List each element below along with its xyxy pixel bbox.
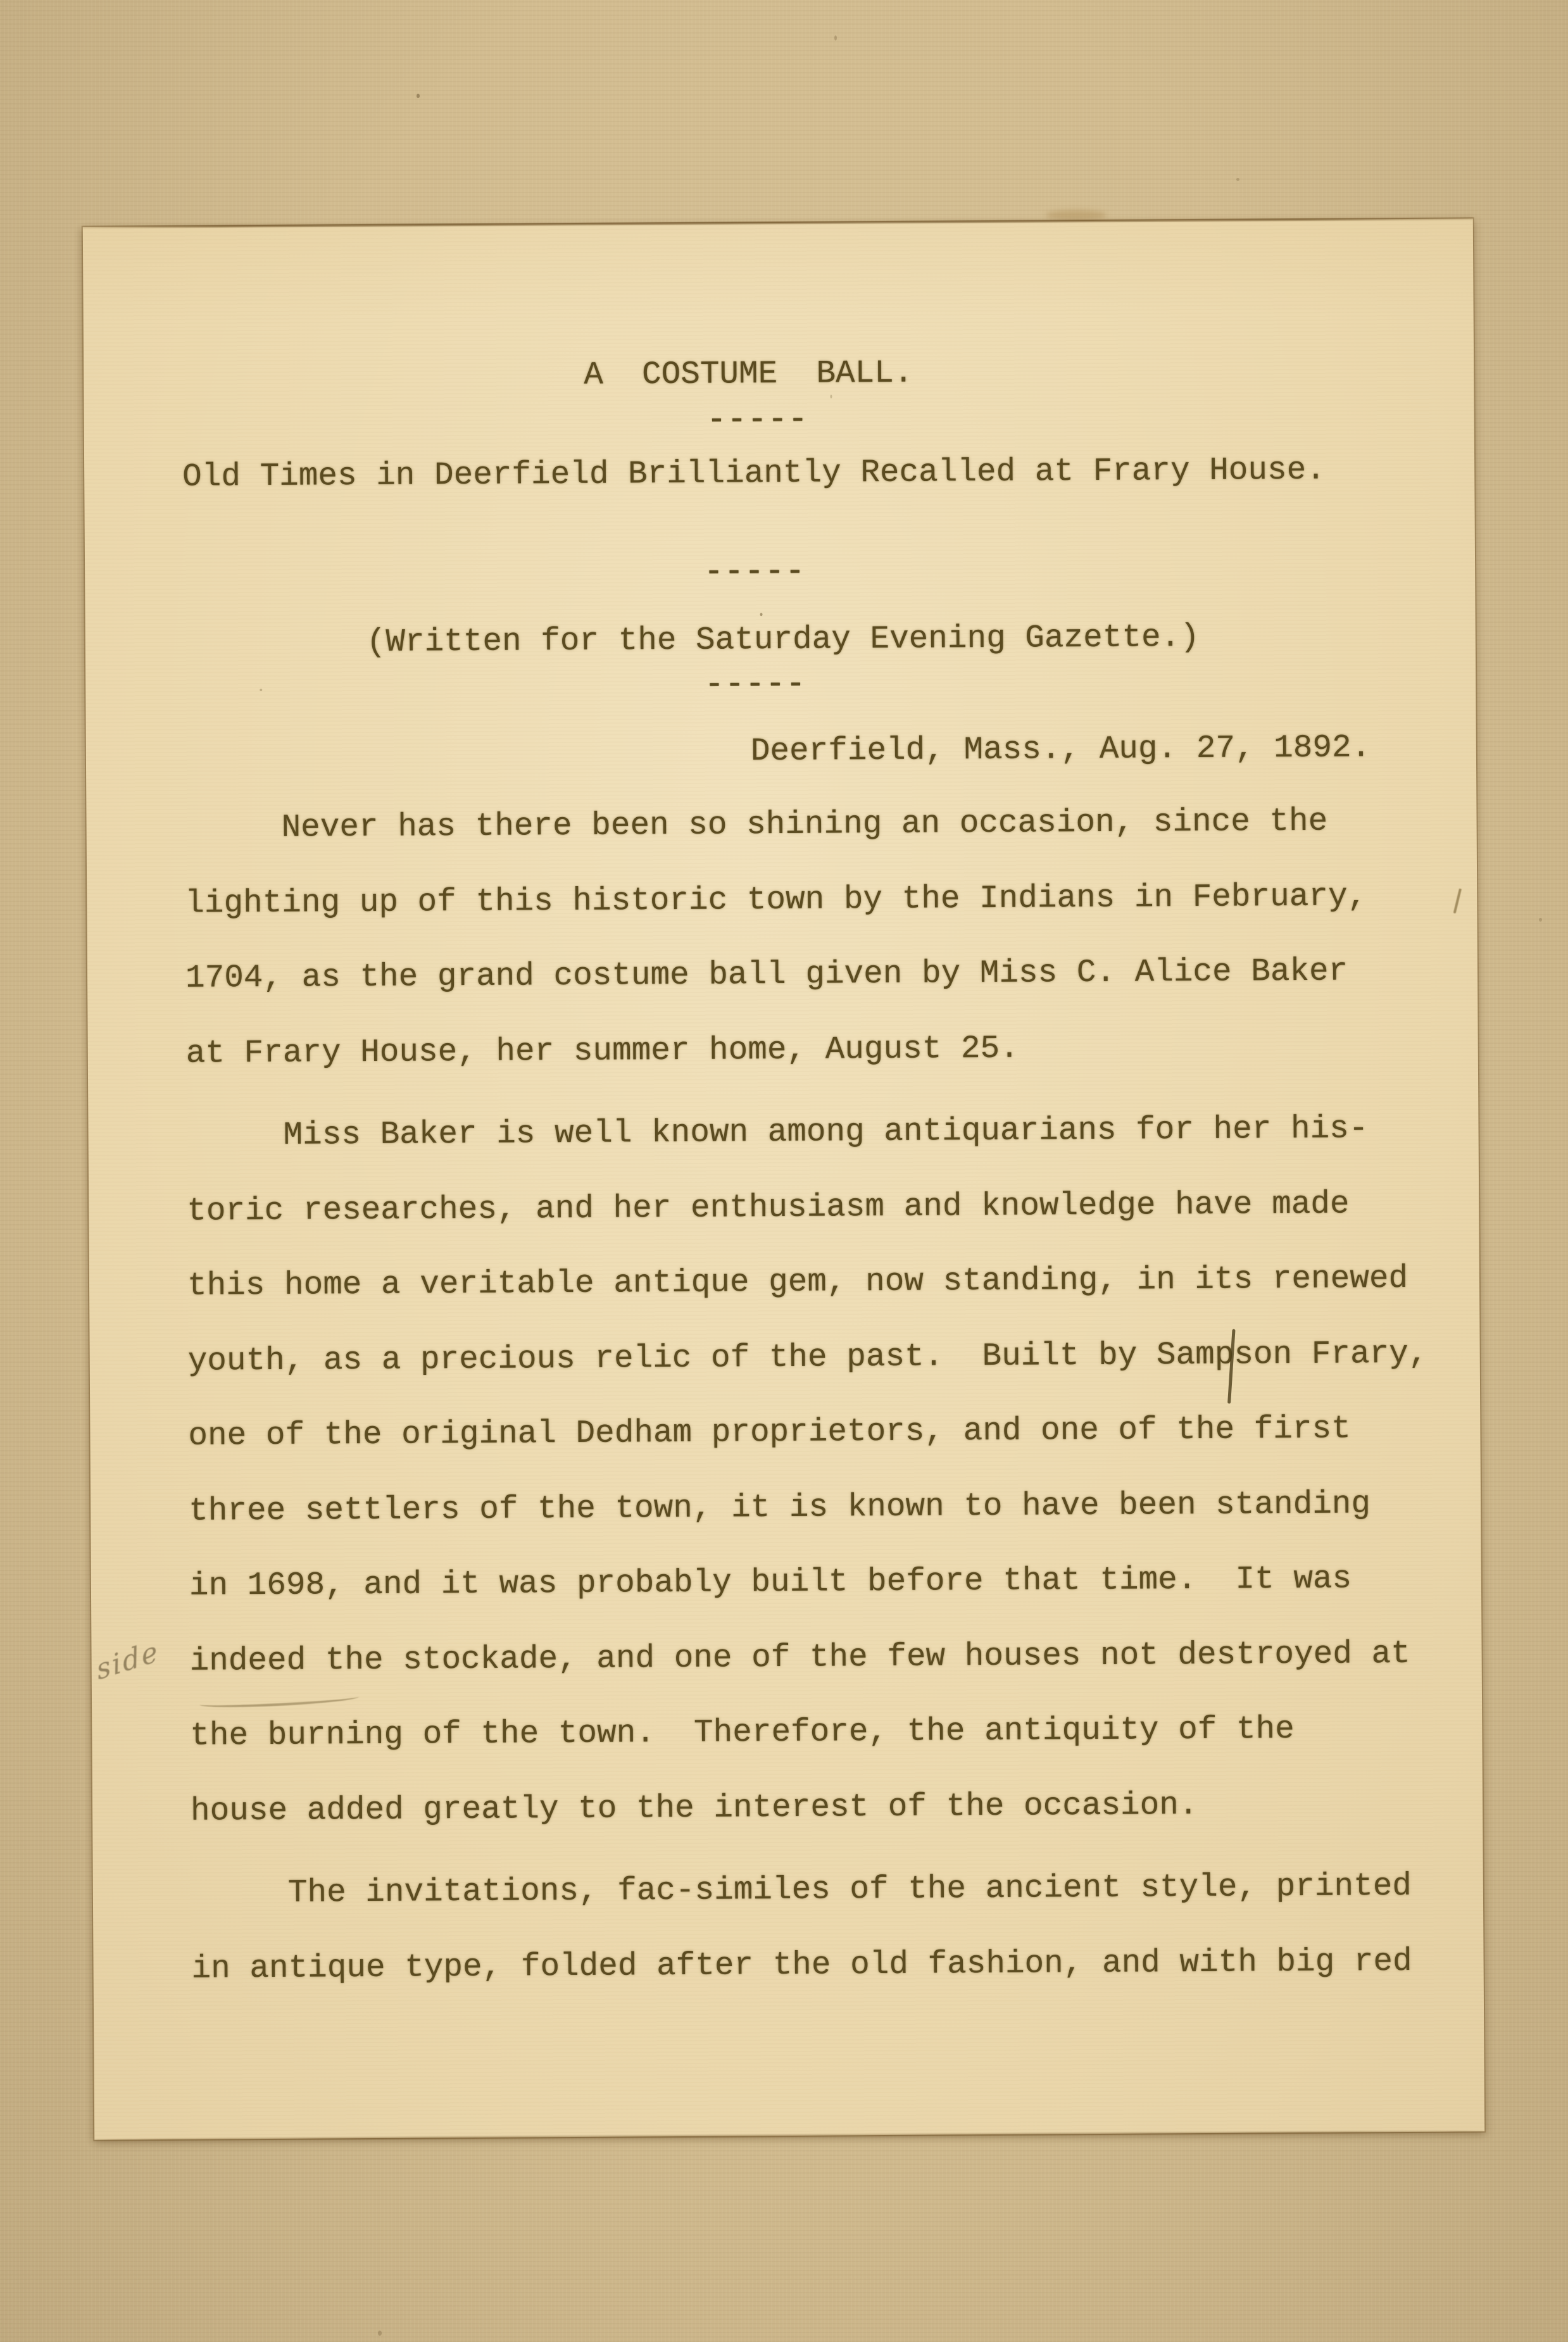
body-line: at Frary House, her summer home, August … <box>185 1009 1426 1091</box>
document-subtitle: Old Times in Deerfield Brilliantly Recal… <box>182 454 1326 494</box>
paper-speck <box>830 395 832 399</box>
body-line: this home a veritable antique gem, now s… <box>187 1242 1427 1324</box>
mat-speck <box>834 35 837 41</box>
dateline: Deerfield, Mass., Aug. 27, 1892. <box>751 732 1371 768</box>
paper-speck <box>760 613 763 616</box>
body-line: toric researches, and her enthusiasm and… <box>187 1167 1427 1249</box>
document-title: A COSTUME BALL. <box>584 358 913 392</box>
mat-speck <box>1539 918 1542 922</box>
mat-speck <box>378 2331 382 2336</box>
body-line: Miss Baker is well known among antiquari… <box>186 1092 1426 1174</box>
body-line: Never has there been so shining an occas… <box>184 784 1424 867</box>
body-line: youth, as a precious relic of the past. … <box>187 1317 1427 1399</box>
scanned-document-page: { "document": { "title": "A COSTUME BALL… <box>0 0 1568 2342</box>
body-line: in 1698, and it was probably built befor… <box>189 1542 1429 1624</box>
body-line: one of the original Dedham proprietors, … <box>188 1392 1428 1474</box>
body-line: three settlers of the town, it is known … <box>189 1467 1429 1549</box>
body-line: lighting up of this historic town by the… <box>185 859 1425 941</box>
body-line: 1704, as the grand costume ball given by… <box>185 934 1426 1017</box>
byline: (Written for the Saturday Evening Gazett… <box>367 622 1200 659</box>
paper-sheet: A COSTUME BALL. ----- Old Times in Deerf… <box>83 218 1484 2139</box>
paper-speck <box>260 689 262 691</box>
body-text: Never has there been so shining an occas… <box>184 784 1431 2007</box>
body-line: The invitations, fac-similes of the anci… <box>191 1850 1431 1932</box>
body-line: in antique type, folded after the old fa… <box>191 1924 1431 2007</box>
pencil-margin-note: side <box>94 1635 162 1686</box>
body-line: house added greatly to the interest of t… <box>191 1767 1431 1849</box>
separator-rule-2: ----- <box>704 556 806 589</box>
margin-tick-mark <box>1453 889 1462 914</box>
body-line: the burning of the town. Therefore, the … <box>190 1692 1430 1774</box>
separator-rule-3: ----- <box>705 668 806 701</box>
mat-speck <box>1236 178 1239 181</box>
separator-rule-1: ----- <box>707 404 809 437</box>
stain-smudge <box>1046 210 1107 220</box>
body-line: indeed the stockade, and one of the few … <box>189 1617 1429 1699</box>
mat-speck <box>417 94 420 98</box>
